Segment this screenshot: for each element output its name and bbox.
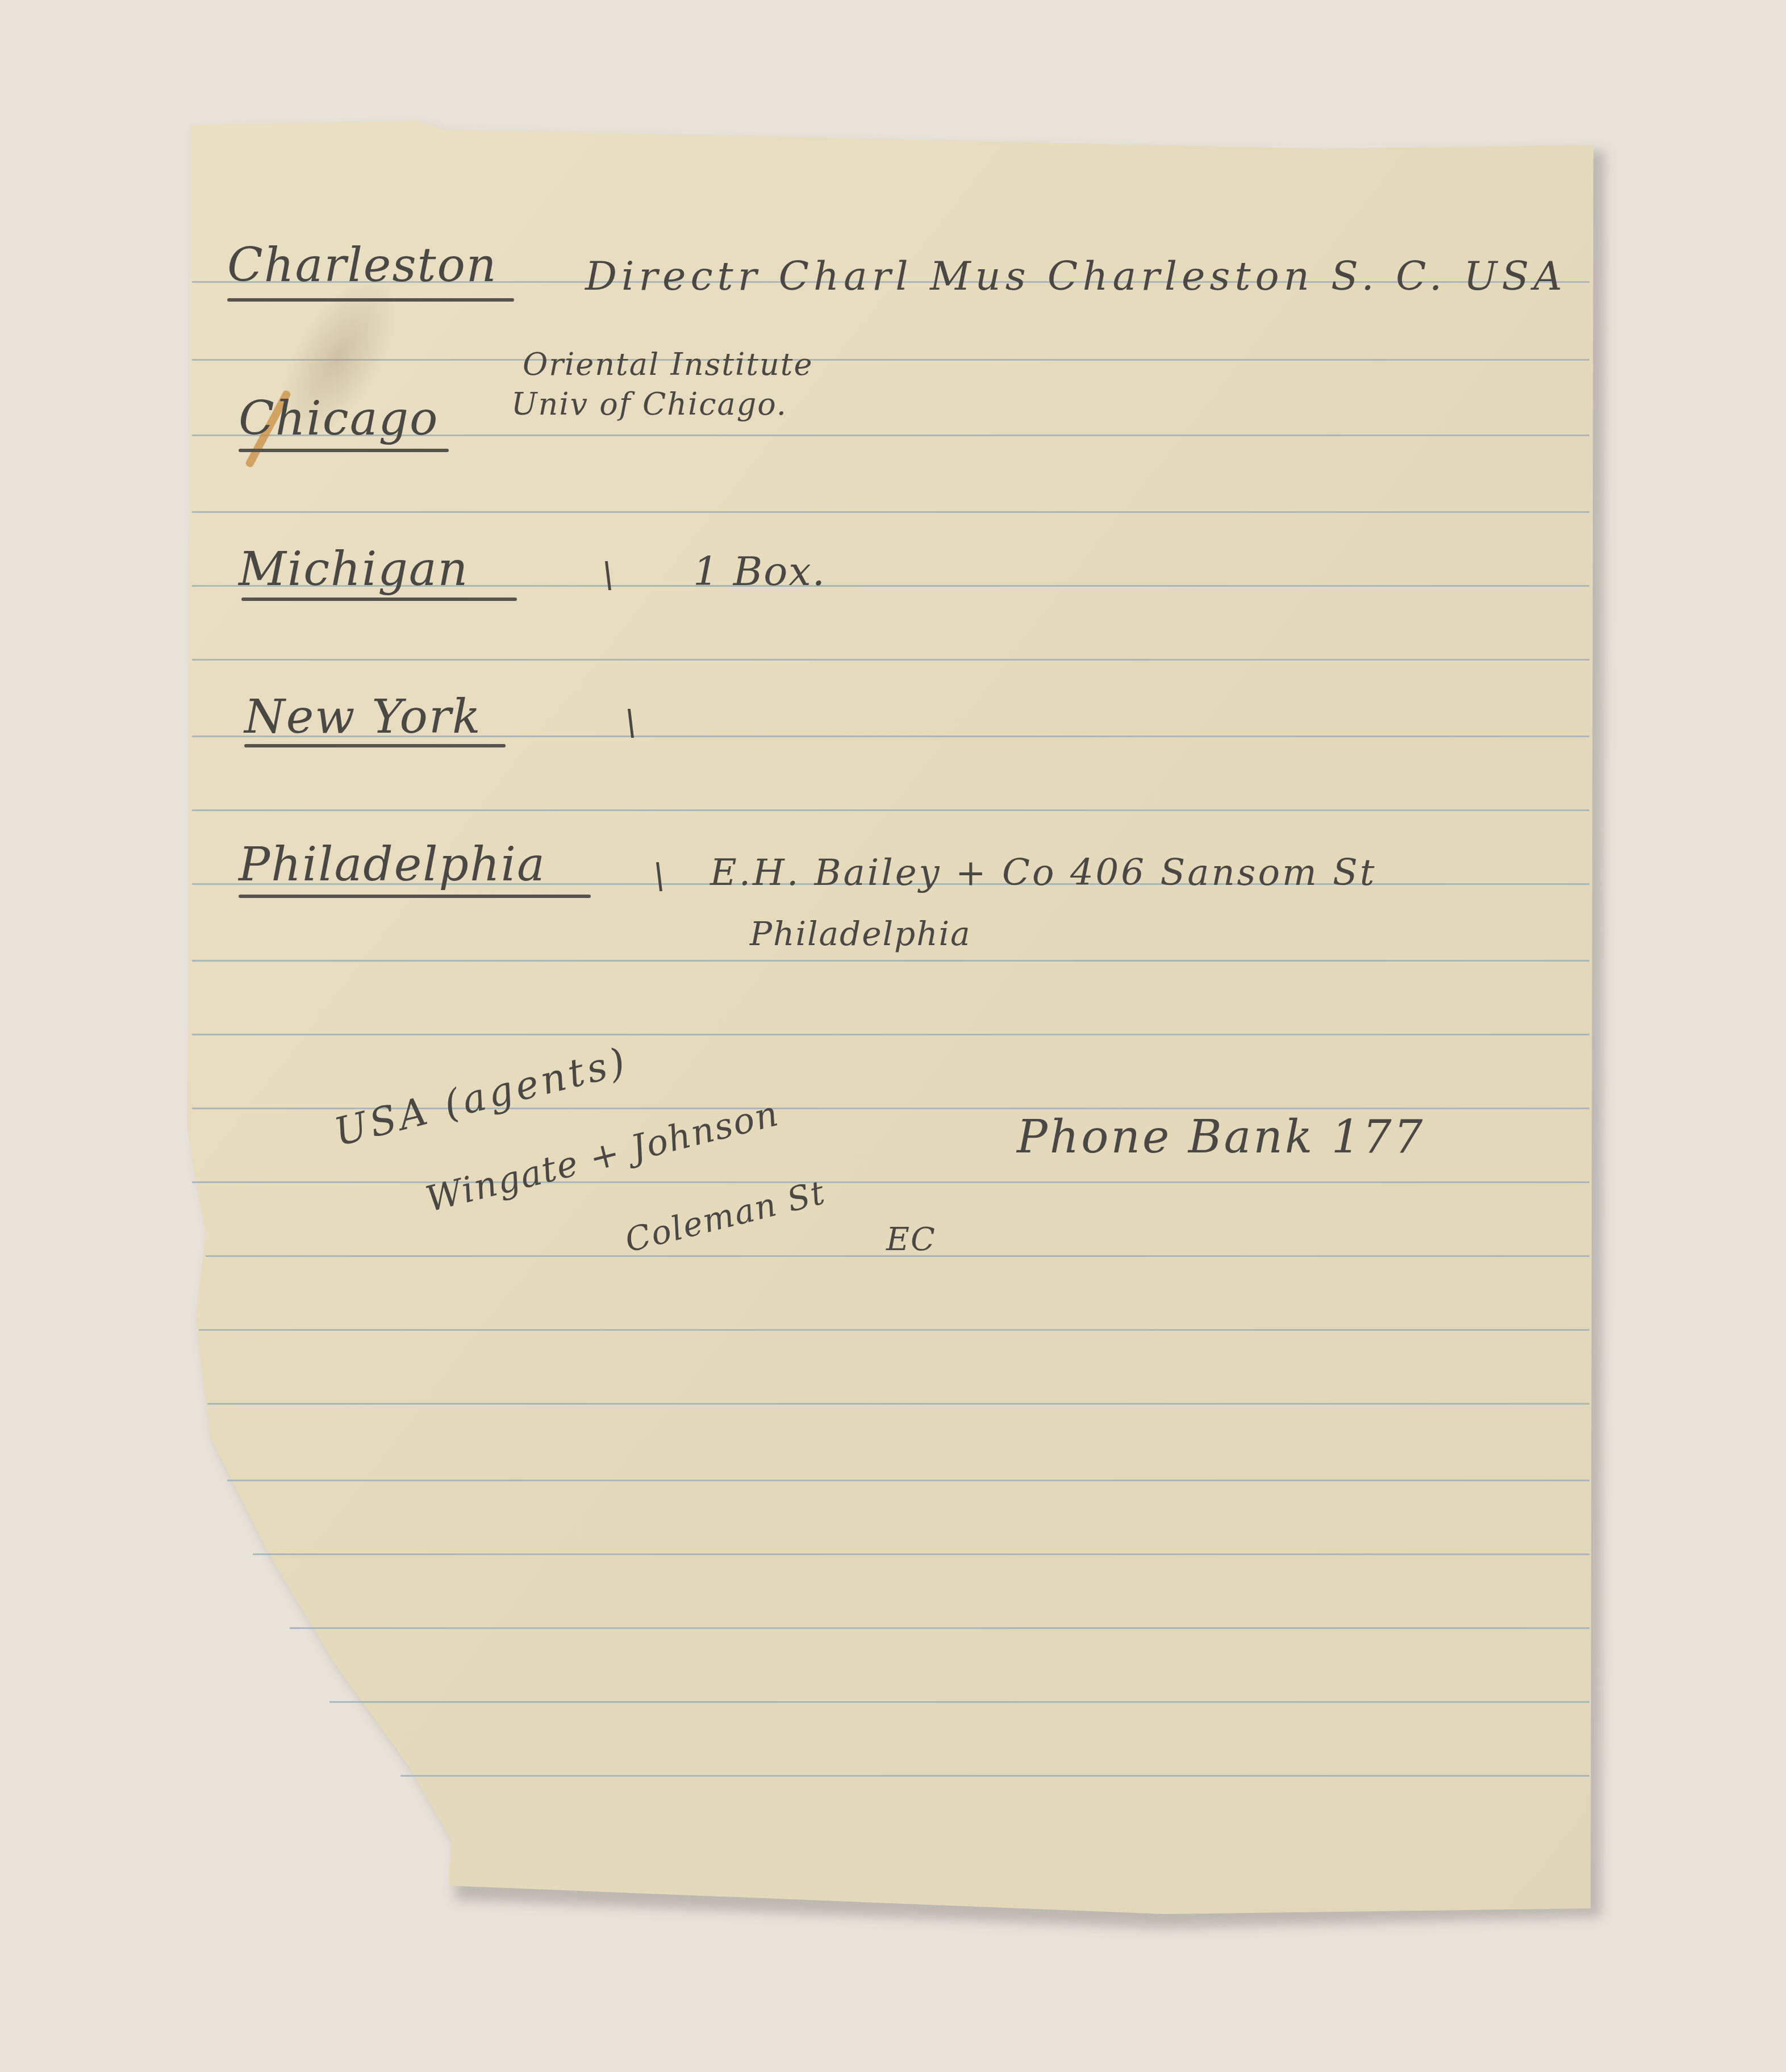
underline — [239, 449, 449, 452]
ruled-line — [192, 809, 1589, 811]
underline — [244, 744, 506, 747]
entry-note-charleston: Directr Charl Mus Charleston S. C. USA — [585, 253, 1567, 299]
ruled-line — [192, 960, 1589, 962]
ruled-line — [290, 1627, 1589, 1629]
ruled-line — [329, 1701, 1589, 1703]
entry-city-chicago: Chicago — [239, 392, 439, 446]
agents-line3: EC — [886, 1221, 936, 1258]
document-scan: Charleston Directr Charl Mus Charleston … — [0, 0, 1786, 2072]
entry-mark-new-york: \ — [625, 701, 638, 743]
entry-mark-michigan: \ — [602, 554, 615, 595]
ruled-line — [199, 1329, 1589, 1331]
ruled-line — [192, 1181, 1589, 1183]
entry-note-philadelphia: E.H. Bailey + Co 406 Sansom St — [710, 852, 1377, 894]
lined-paper — [0, 0, 1786, 2072]
entry-city-michigan: Michigan — [239, 542, 469, 596]
entry-city-philadelphia: Philadelphia — [239, 838, 546, 892]
ruled-line — [400, 1775, 1589, 1777]
entry-note-chicago-line2: Univ of Chicago. — [511, 386, 787, 422]
ruled-line — [253, 1553, 1589, 1555]
underline — [241, 598, 517, 601]
ruled-line — [192, 1034, 1589, 1035]
entry-mark-philadelphia: \ — [653, 855, 666, 896]
ruled-line — [207, 1403, 1589, 1405]
ruled-line — [192, 359, 1589, 361]
ruled-line — [227, 1480, 1589, 1481]
underline — [239, 895, 591, 898]
entry-city-charleston: Charleston — [227, 239, 498, 293]
underline — [227, 298, 514, 302]
entry-note-michigan: 1 Box. — [693, 548, 826, 595]
entry-note-philadelphia-line2: Philadelphia — [750, 914, 971, 953]
ruled-line — [192, 659, 1589, 661]
entry-note-chicago-line1: Oriental Institute — [523, 346, 813, 382]
ruled-line — [192, 511, 1589, 513]
entry-city-new-york: New York — [244, 690, 482, 744]
phone-number: Phone Bank 177 — [1017, 1110, 1425, 1163]
